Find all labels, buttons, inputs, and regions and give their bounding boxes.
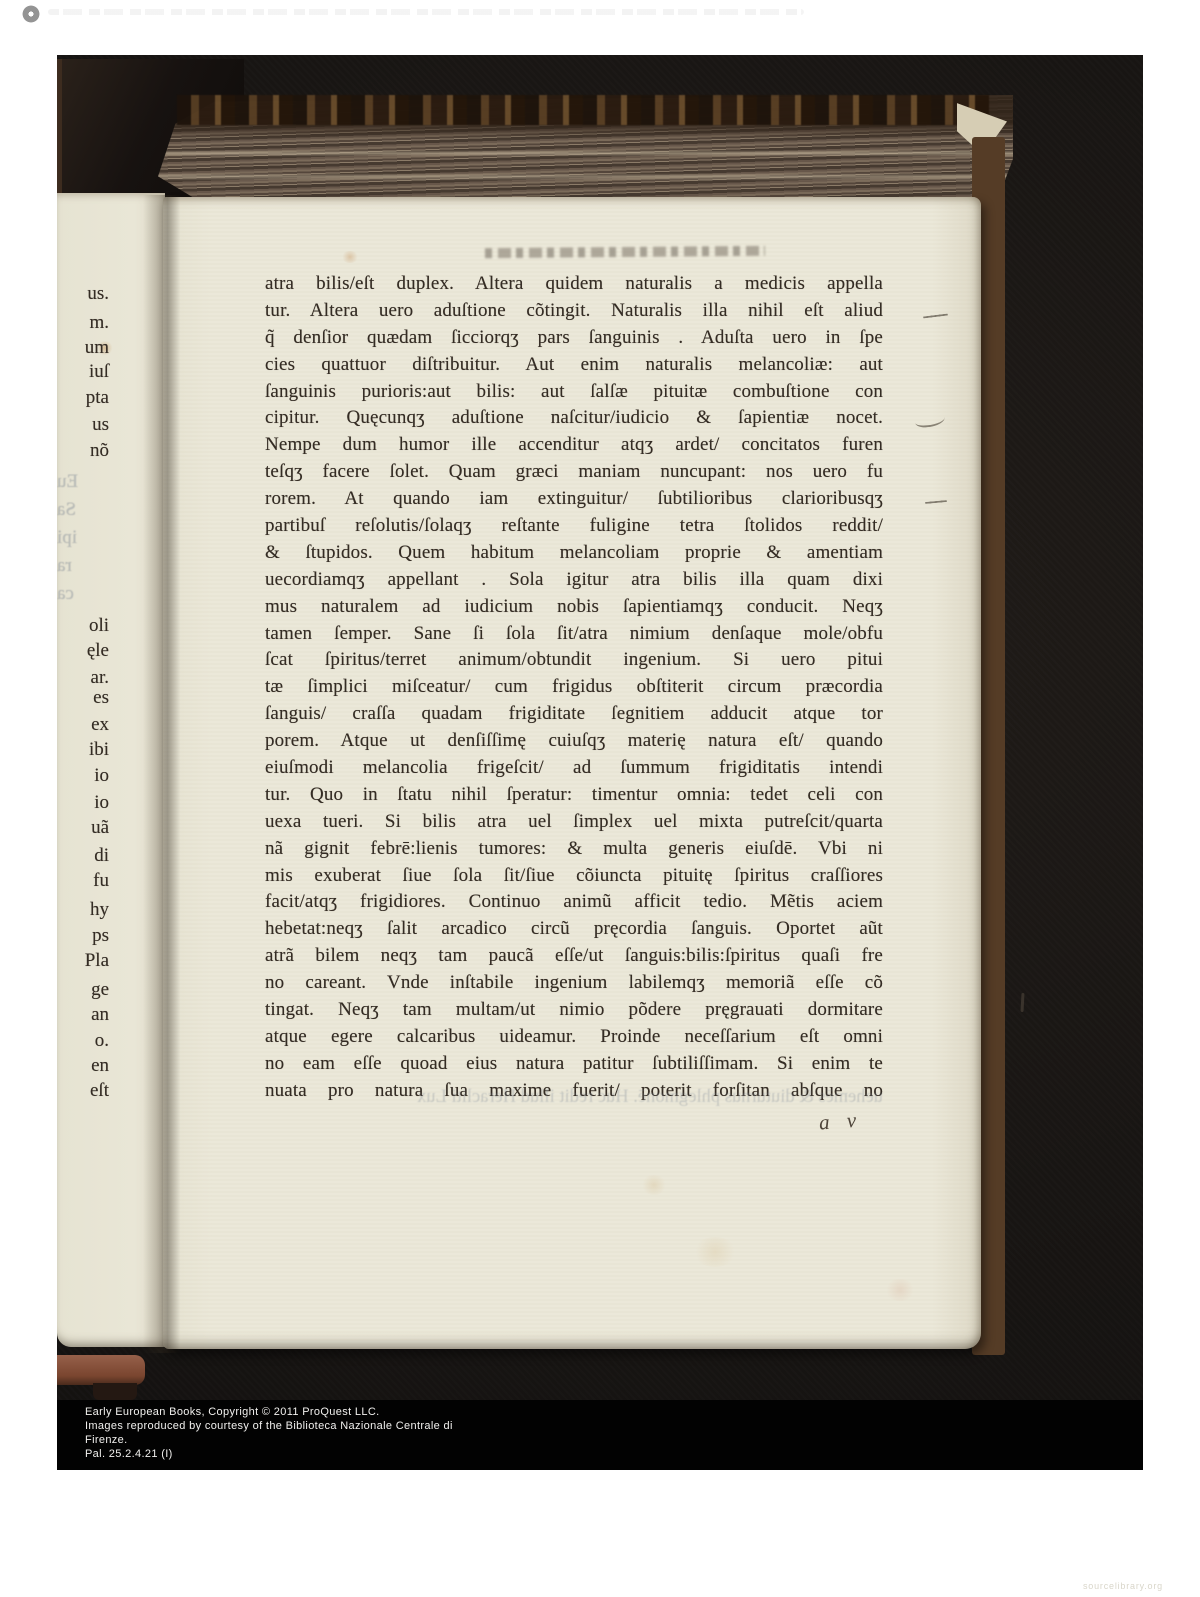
- caption-line-shelfmark: Pal. 25.2.4.21 (I): [85, 1447, 1143, 1461]
- facing-page-fragment: di: [57, 846, 109, 866]
- showthrough-text: uehemēs & diuturnus phlegmonē. Huc redit…: [263, 1087, 883, 1108]
- text-line: facit/atqʒ frigidiores. Continuo animũ a…: [265, 889, 883, 916]
- facing-page-fragment: an: [57, 1005, 109, 1025]
- facing-page-fragment: oli: [57, 616, 109, 636]
- text-line: tæ ſimplici miſceatur/ cum frigidus obſt…: [265, 674, 883, 701]
- text-line: rorem. At quando iam extinguitur/ ſubtil…: [265, 486, 883, 513]
- facing-page-fragment: fu: [57, 871, 109, 891]
- margin-curve-mark: [914, 411, 945, 428]
- facing-page-fragment: hy: [57, 900, 109, 920]
- facing-page-fragment: ęle: [57, 641, 109, 661]
- caption-line-city: Firenze.: [85, 1433, 1143, 1447]
- caption-band: Early European Books, Copyright © 2011 P…: [57, 1400, 1143, 1470]
- text-line: ſanguis/ craſſa quadam frigiditate ſegni…: [265, 701, 883, 728]
- text-line: cipitur. Quęcunqʒ aduſtione naſcitur/iud…: [265, 405, 883, 432]
- facing-page-fragment: nõ: [57, 441, 109, 461]
- text-line: porem. Atque ut denſiſſimę cuiuſqʒ mater…: [265, 728, 883, 755]
- showthrough-fragment: ca: [57, 584, 109, 604]
- bottom-left-cover-stub: [93, 1383, 137, 1400]
- showthrough-fragment: ra: [57, 556, 109, 576]
- showthrough-fragment: Sa: [57, 500, 109, 520]
- text-line: ſanguinis purioris:aut bilis: aut ſalſæ …: [265, 379, 883, 406]
- facing-page-fragment: o.: [57, 1031, 109, 1051]
- book-page: atra bilis/eſt duplex. Altera quidem nat…: [163, 197, 981, 1349]
- text-line: ſcat ſpiritus/terret animum/obtundit ing…: [265, 647, 883, 674]
- facing-page-fragment: uã: [57, 818, 109, 838]
- bottom-left-cover-edge: [57, 1355, 145, 1385]
- facing-page-fragment: es: [57, 688, 109, 708]
- text-line: uexa tueri. Si bilis atra uel ſimplex ue…: [265, 809, 883, 836]
- facing-page-fragment: ps: [57, 926, 109, 946]
- text-line: uecordiamqʒ appellant . Sola igitur atra…: [265, 567, 883, 594]
- facing-page-fragment: um: [57, 338, 109, 358]
- latin-text-block: atra bilis/eſt duplex. Altera quidem nat…: [265, 271, 883, 1105]
- facing-page-fragment: io: [57, 793, 109, 813]
- facing-page-fragment: io: [57, 766, 109, 786]
- page-stain: [885, 1279, 915, 1301]
- facing-page-fragment: us: [57, 415, 109, 435]
- page-stain: [641, 1175, 667, 1195]
- page-root: { "header": { "badge_icon": "circle-badg…: [0, 0, 1200, 1597]
- margin-dash-mark: [923, 313, 948, 318]
- text-line: no eam eſſe quoad eius natura patitur ſu…: [265, 1051, 883, 1078]
- margin-dash-mark: [925, 500, 947, 504]
- watermark-text: sourcelibrary.org: [1083, 1581, 1163, 1591]
- facing-page-fragment: Pla: [57, 951, 109, 971]
- facing-page-fragment: eſt: [57, 1081, 109, 1101]
- text-line: mus naturalem ad iudicium nobis ſapienti…: [265, 594, 883, 621]
- text-line: q̃ denſior quædam ſicciorqʒ pars ſanguin…: [265, 325, 883, 352]
- text-line: tur. Altera uero aduſtione cõtingit. Nat…: [265, 298, 883, 325]
- text-line: tur. Quo in ſtatu nihil ſperatur: timent…: [265, 782, 883, 809]
- text-line: hebetat:neqʒ ſalit arcadico circũ pręcor…: [265, 916, 883, 943]
- circle-badge-icon[interactable]: [22, 5, 40, 23]
- text-line: eiuſmodi melancolia frigeſcit/ ad ſummum…: [265, 755, 883, 782]
- text-line: atrã bilem neqʒ tam paucã eſſe/ut ſangui…: [265, 943, 883, 970]
- book-scan-image: us.m.umiuſptausnõolięlear.esexibiioiouãd…: [57, 55, 1143, 1470]
- facing-page-fragment: ar.: [57, 668, 109, 688]
- text-line: tingat. Neqʒ tam multam/ut nimio põdere …: [265, 997, 883, 1024]
- top-header-strip: [0, 0, 1200, 30]
- text-line: tamen ſemper. Sane ſi ſola ſit/atra nimi…: [265, 621, 883, 648]
- text-line: no careant. Vnde inſtabile ingenium labi…: [265, 970, 883, 997]
- page-stain: [693, 1237, 737, 1267]
- text-line: partibuſ reſolutis/ſolaqʒ reſtante fulig…: [265, 513, 883, 540]
- text-line: Nempe dum humor ille accenditur atqʒ ard…: [265, 432, 883, 459]
- text-line: & ſtupidos. Quem habitum melancoliam pro…: [265, 540, 883, 567]
- caption-line-credit: Images reproduced by courtesy of the Bib…: [85, 1419, 1143, 1433]
- page-edge-top-strip: [177, 95, 989, 125]
- facing-page-fragment: ibi: [57, 740, 109, 760]
- text-line: mis exuberat ſiue ſola ſit/ſiue cõiuncta…: [265, 863, 883, 890]
- facing-page-fragment: m.: [57, 313, 109, 333]
- facing-page-fragment: ex: [57, 715, 109, 735]
- margin-stroke-mark: [1021, 993, 1025, 1012]
- facing-page-fragment: us.: [57, 284, 109, 304]
- text-line: nã gignit febrē:lienis tumores: & multa …: [265, 836, 883, 863]
- text-line: teſqʒ facere ſolet. Quam græci maniam nu…: [265, 459, 883, 486]
- text-line: cies quattuor diſtribuitur. Aut enim nat…: [265, 352, 883, 379]
- ink-smudge: [485, 246, 765, 258]
- facing-page-fragment: en: [57, 1056, 109, 1076]
- facing-page-fragment: iuſ: [57, 362, 109, 382]
- text-line: atra bilis/eſt duplex. Altera quidem nat…: [265, 271, 883, 298]
- handwritten-note: a v: [818, 1108, 863, 1136]
- facing-page-fragment: ge: [57, 980, 109, 1000]
- text-line: atque egere calcaribus uideamur. Proinde…: [265, 1024, 883, 1051]
- caption-line-copyright: Early European Books, Copyright © 2011 P…: [85, 1405, 1143, 1419]
- page-stain: [341, 251, 359, 263]
- faint-header-text: [48, 9, 804, 15]
- facing-page-fragment: pta: [57, 388, 109, 408]
- showthrough-fragment: ipi: [57, 528, 109, 548]
- showthrough-fragment: Eu: [57, 472, 109, 492]
